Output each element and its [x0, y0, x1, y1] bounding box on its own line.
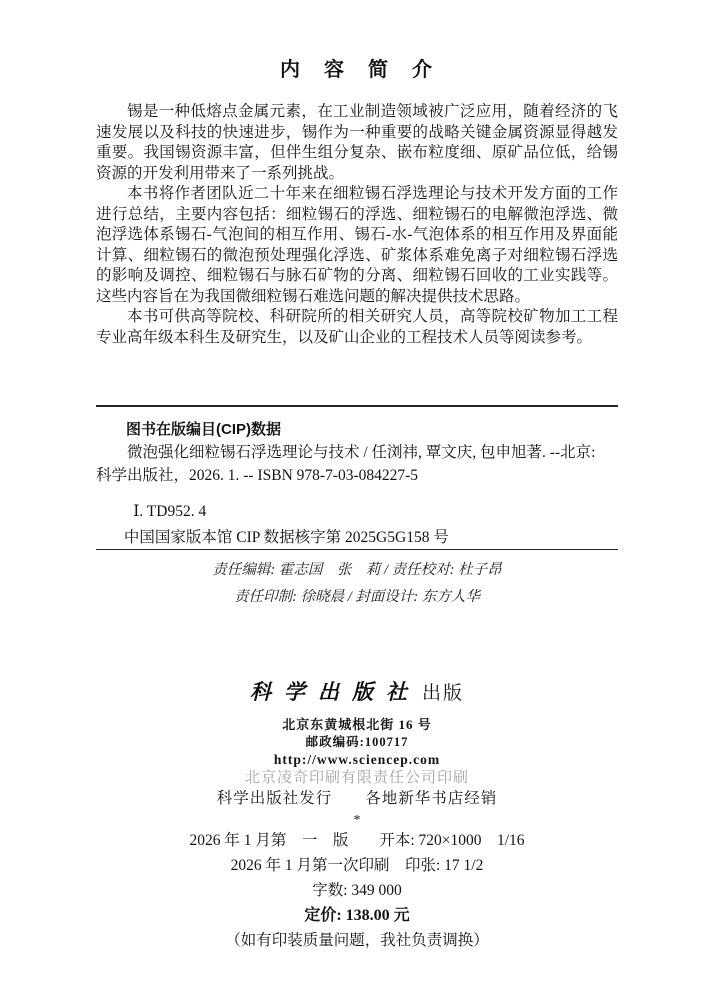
impression-line: 2026 年 1 月第一次印刷 印张: 17 1/2	[96, 853, 618, 878]
cip-data-block: 图书在版编目(CIP)数据 微泡强化细粒锡石浮选理论与技术 / 任浏祎, 覃文庆…	[96, 418, 618, 549]
publisher-url: http://www.sciencep.com	[96, 751, 618, 769]
cip-title-line: 微泡强化细粒锡石浮选理论与技术 / 任浏祎, 覃文庆, 包申旭著. --北京:	[96, 441, 618, 464]
distribution-line: 科学出版社发行 各地新华书店经销	[96, 788, 618, 810]
cip-isbn-line: 科学出版社，2026. 1. -- ISBN 978-7-03-084227-5	[96, 464, 618, 487]
summary-paragraph-1: 锡是一种低熔点金属元素，在工业制造领域被广泛应用，随着经济的飞速发展以及科技的快…	[96, 102, 618, 184]
summary-paragraph-3: 本书可供高等院校、科研院所的相关研究人员，高等院校矿物加工工程专业高年级本科生及…	[96, 307, 618, 348]
publisher-address: 北京东黄城根北街 16 号	[96, 716, 618, 734]
cip-top-rule	[96, 405, 618, 407]
staff-credits-block: 责任编辑: 霍志国 张 莉 / 责任校对: 杜子昂 责任印制: 徐晓晨 / 封面…	[96, 550, 618, 611]
printer-name: 北京凌奇印刷有限责任公司印刷	[96, 769, 618, 788]
content-summary-title: 内 容 简 介	[96, 58, 618, 82]
content-summary-block: 锡是一种低熔点金属元素，在工业制造领域被广泛应用，随着经济的飞速发展以及科技的快…	[96, 102, 618, 348]
publisher-block: 科学出版社出版 北京东黄城根北街 16 号 邮政编码:100717 http:/…	[96, 679, 618, 953]
publisher-logo: 科学出版社	[250, 680, 420, 704]
page-content: 内 容 简 介 锡是一种低熔点金属元素，在工业制造领域被广泛应用，随着经济的飞速…	[96, 0, 618, 953]
edition-line: 2026 年 1 月第 一 版 开本: 720×1000 1/16	[96, 828, 618, 853]
cip-classification: Ⅰ. TD952. 4	[96, 500, 618, 523]
copyright-page: 内 容 简 介 锡是一种低熔点金属元素，在工业制造领域被广泛应用，随着经济的飞速…	[0, 0, 720, 1000]
publisher-postcode: 邮政编码:100717	[96, 734, 618, 751]
cip-record-number: 中国国家版本馆 CIP 数据核字第 2025G5G158 号	[96, 526, 618, 549]
summary-paragraph-2: 本书将作者团队近二十年来在细粒锡石浮选理论与技术开发方面的工作进行总结，主要内容…	[96, 184, 618, 307]
asterisk-separator: *	[96, 810, 618, 828]
word-count-line: 字数: 349 000	[96, 878, 618, 903]
price-line: 定价: 138.00 元	[96, 903, 618, 928]
quality-note-line: （如有印装质量问题，我社负责调换）	[96, 928, 618, 953]
publisher-logo-line: 科学出版社出版	[96, 679, 618, 708]
cip-heading: 图书在版编目(CIP)数据	[96, 418, 618, 441]
staff-editors-line: 责任编辑: 霍志国 张 莉 / 责任校对: 杜子昂	[96, 557, 618, 584]
publisher-publish-suffix: 出版	[422, 683, 464, 704]
staff-print-design-line: 责任印制: 徐晓晨 / 封面设计: 东方人华	[96, 584, 618, 611]
